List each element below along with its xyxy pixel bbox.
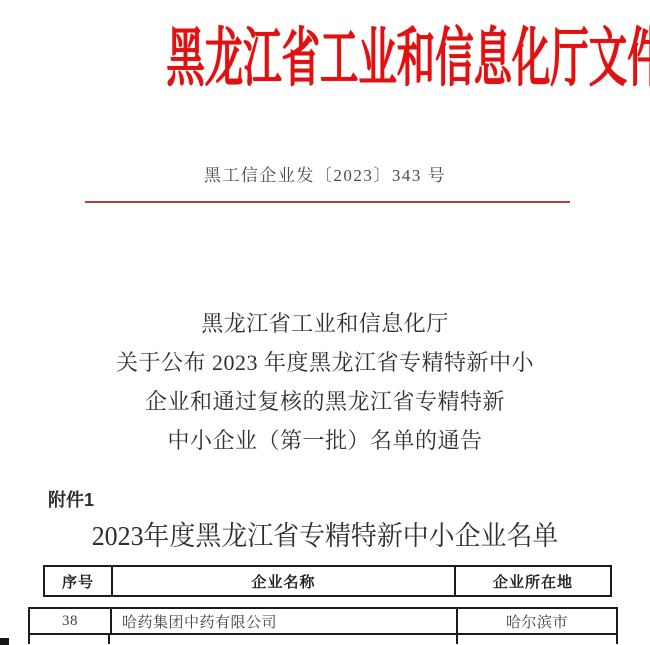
notice-title-line-3: 企业和通过复核的黑龙江省专精特新 — [0, 382, 650, 421]
row-cell-company-name: 哈药集团中药有限公司 — [110, 609, 456, 633]
red-divider-line — [85, 201, 570, 203]
table-grid-stub — [28, 634, 30, 644]
row-cell-company-location: 哈尔滨市 — [456, 609, 616, 633]
document-page: 黑龙江省工业和信息化厅文件 黑工信企业发〔2023〕343 号 黑龙江省工业和信… — [0, 0, 650, 645]
table-title-text: 2023年度黑龙江省专精特新中小企业名单 — [92, 519, 559, 553]
table-grid-stub — [108, 634, 110, 644]
table-row: 38 哈药集团中药有限公司 哈尔滨市 — [28, 607, 618, 635]
header-cell-company-name: 企业名称 — [111, 567, 454, 595]
table-grid-stub — [456, 634, 458, 644]
letterhead-title-text: 黑龙江省工业和信息化厅文件 — [166, 14, 650, 104]
attachment-label: 附件1 — [48, 486, 94, 512]
notice-title-line-4: 中小企业（第一批）名单的通告 — [0, 421, 650, 460]
header-cell-serial-no: 序号 — [45, 567, 111, 595]
notice-title-line-1: 黑龙江省工业和信息化厅 — [0, 304, 650, 343]
table-grid-stub — [616, 634, 618, 644]
table-header-row: 序号 企业名称 企业所在地 — [43, 565, 612, 597]
document-number: 黑工信企业发〔2023〕343 号 — [0, 163, 650, 189]
scan-artifact-mark — [0, 638, 9, 645]
letterhead-title: 黑龙江省工业和信息化厅文件 — [0, 14, 650, 104]
notice-title-block: 黑龙江省工业和信息化厅 关于公布 2023 年度黑龙江省专精特新中小 企业和通过… — [0, 304, 650, 460]
row-cell-serial-no: 38 — [30, 609, 110, 633]
notice-title-line-2: 关于公布 2023 年度黑龙江省专精特新中小 — [0, 343, 650, 382]
header-cell-company-location: 企业所在地 — [454, 567, 610, 595]
table-title: 2023年度黑龙江省专精特新中小企业名单 — [0, 519, 650, 553]
